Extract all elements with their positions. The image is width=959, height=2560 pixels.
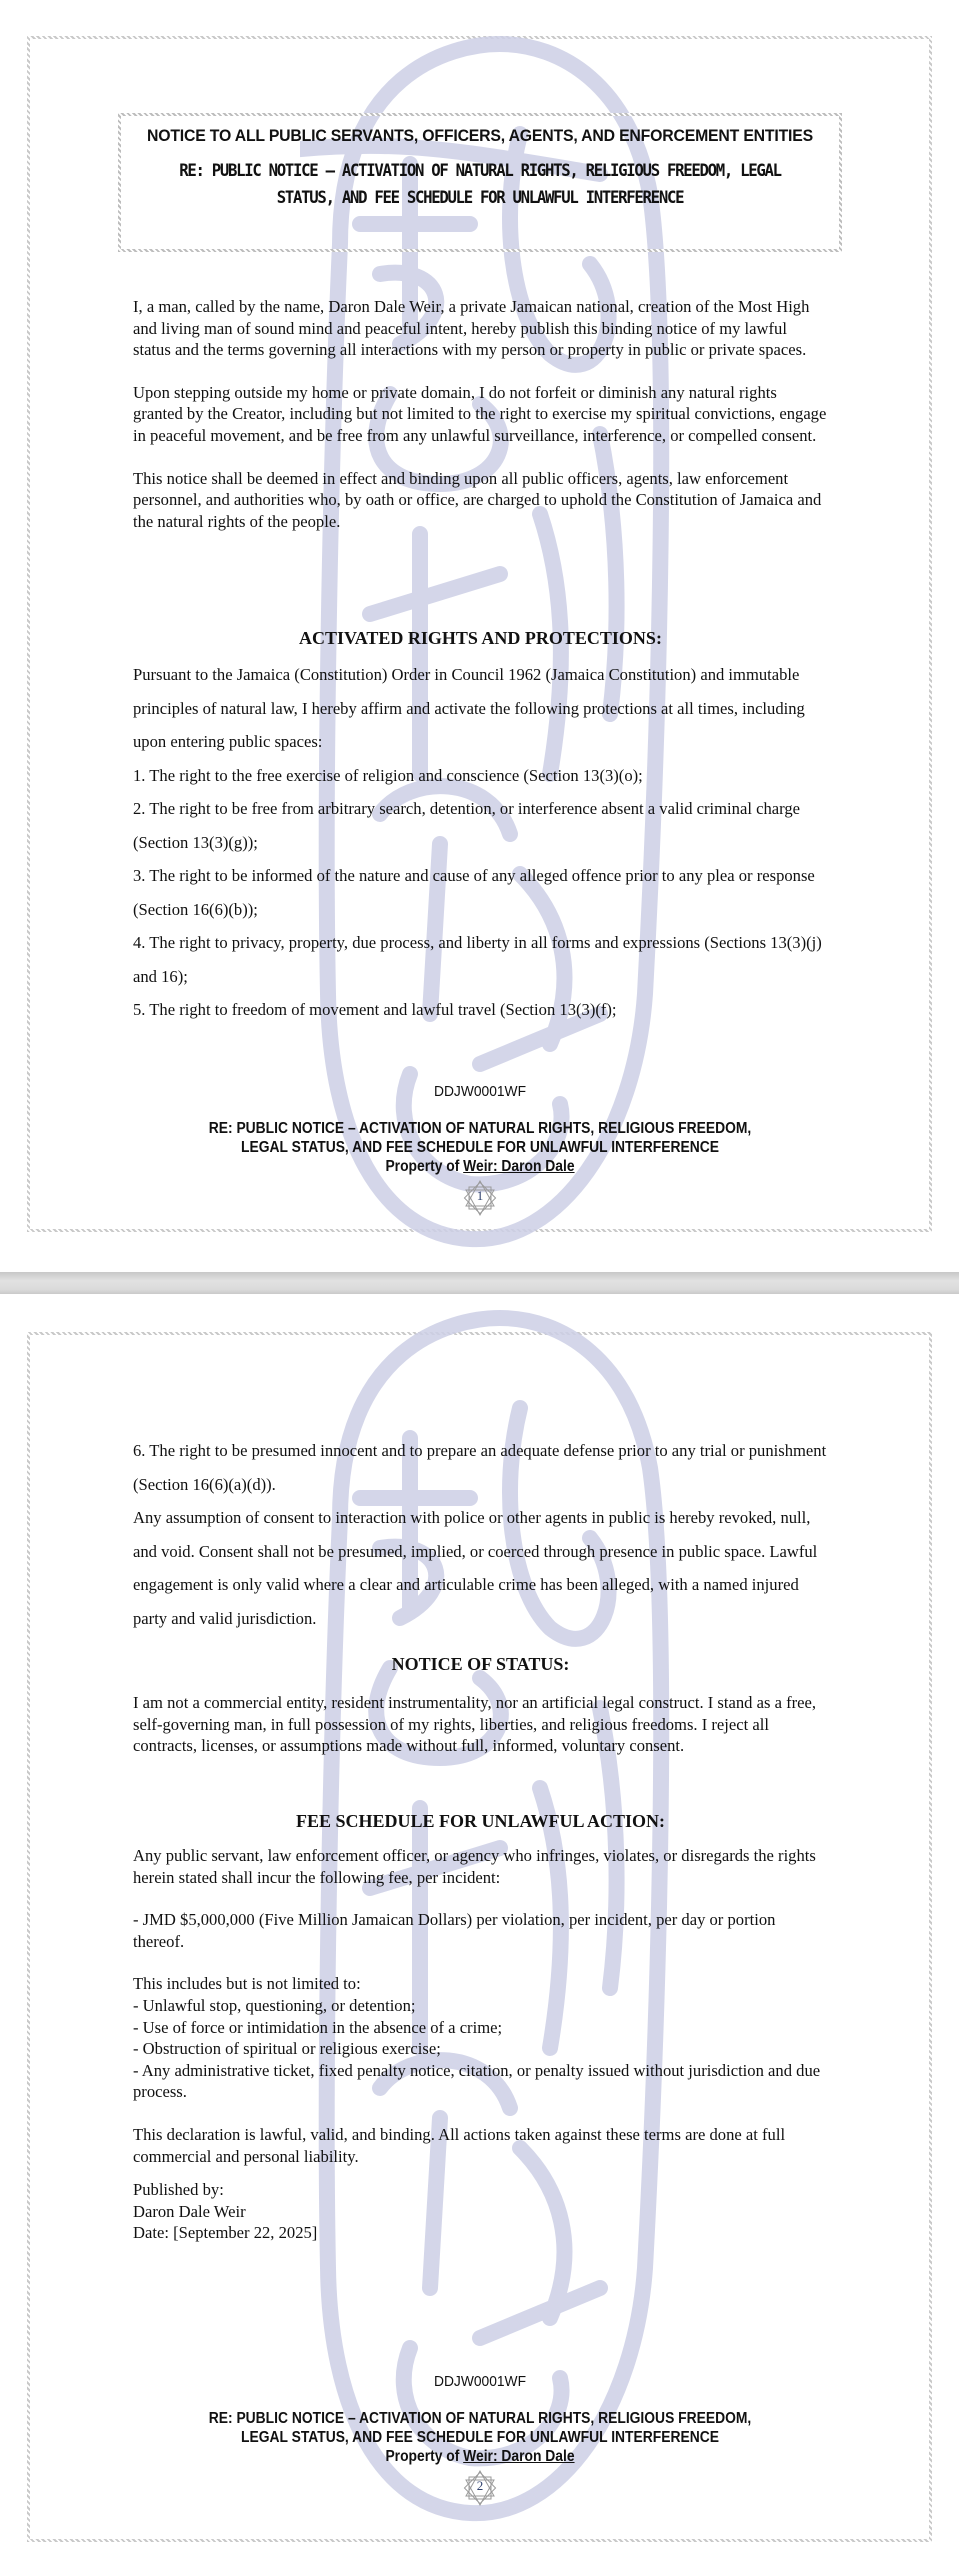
includes-item-4: - Any administrative ticket, fixed penal… (133, 2060, 828, 2103)
intro-paragraph-1: I, a man, called by the name, Daron Dale… (133, 296, 828, 361)
includes-intro: This includes but is not limited to: (133, 1973, 828, 1995)
footer-title-line-2: LEGAL STATUS, AND FEE SCHEDULE FOR UNLAW… (138, 2428, 822, 2447)
notice-of-status-heading: NOTICE OF STATUS: (133, 1652, 828, 1676)
right-item-2: 2. The right to be free from arbitrary s… (133, 792, 828, 859)
activated-rights-heading: ACTIVATED RIGHTS AND PROTECTIONS: (133, 626, 828, 650)
notice-title: NOTICE TO ALL PUBLIC SERVANTS, OFFICERS,… (146, 122, 814, 149)
consent-revocation-paragraph: Any assumption of consent to interaction… (133, 1501, 828, 1635)
right-item-6: 6. The right to be presumed innocent and… (133, 1434, 828, 1501)
footer-title-line-1: RE: PUBLIC NOTICE – ACTIVATION OF NATURA… (138, 2409, 822, 2428)
fee-amount: - JMD $5,000,000 (Five Million Jamaican … (133, 1909, 828, 1952)
includes-item-1: - Unlawful stop, questioning, or detenti… (133, 1995, 828, 2017)
right-item-4: 4. The right to privacy, property, due p… (133, 926, 828, 993)
includes-item-2: - Use of force or intimidation in the ab… (133, 2017, 828, 2039)
document-page-2: 6. The right to be presumed innocent and… (0, 1294, 959, 2560)
document-page-1: NOTICE TO ALL PUBLIC SERVANTS, OFFICERS,… (0, 0, 959, 1272)
right-item-3: 3. The right to be informed of the natur… (133, 859, 828, 926)
document-code: DDJW0001WF (130, 2372, 829, 2392)
rights-continued-section: 6. The right to be presumed innocent and… (133, 1434, 828, 1635)
status-paragraph: I am not a commercial entity, resident i… (133, 1692, 828, 1757)
activated-rights-section: ACTIVATED RIGHTS AND PROTECTIONS: Pursua… (133, 626, 828, 1027)
notice-title-box: NOTICE TO ALL PUBLIC SERVANTS, OFFICERS,… (118, 113, 842, 252)
intro-paragraph-3: This notice shall be deemed in effect an… (133, 468, 828, 533)
intro-paragraph-2: Upon stepping outside my home or private… (133, 382, 828, 447)
page-number: 2 (462, 2478, 498, 2494)
page-separator (0, 1272, 959, 1294)
property-prefix: Property of (385, 1158, 463, 1175)
fee-intro: Any public servant, law enforcement offi… (133, 1845, 828, 1888)
property-prefix: Property of (385, 2448, 463, 2465)
footer-property: Property of Weir: Daron Dale (138, 1157, 822, 1176)
document-code: DDJW0001WF (130, 1082, 829, 1102)
right-item-5: 5. The right to freedom of movement and … (133, 993, 828, 1027)
page-number-badge: 1 (462, 1180, 498, 1216)
rights-intro: Pursuant to the Jamaica (Constitution) O… (133, 658, 828, 759)
publication-date: Date: [September 22, 2025] (133, 2222, 828, 2244)
page-number: 1 (462, 1188, 498, 1204)
page-footer: DDJW0001WF RE: PUBLIC NOTICE – ACTIVATIO… (100, 2372, 860, 2506)
declaration-paragraph: This declaration is lawful, valid, and b… (133, 2124, 828, 2167)
footer-title-line-1: RE: PUBLIC NOTICE – ACTIVATION OF NATURA… (138, 1119, 822, 1138)
page-number-badge: 2 (462, 2470, 498, 2506)
fee-schedule-section: FEE SCHEDULE FOR UNLAWFUL ACTION: Any pu… (133, 1809, 828, 2244)
footer-title-line-2: LEGAL STATUS, AND FEE SCHEDULE FOR UNLAW… (138, 1138, 822, 1157)
property-owner: Weir: Daron Dale (463, 1158, 574, 1175)
fee-schedule-heading: FEE SCHEDULE FOR UNLAWFUL ACTION: (133, 1809, 828, 1833)
notice-re-line: RE: PUBLIC NOTICE – ACTIVATION OF NATURA… (150, 158, 811, 212)
intro-section: I, a man, called by the name, Daron Dale… (133, 296, 828, 532)
property-owner: Weir: Daron Dale (463, 2448, 574, 2465)
includes-item-3: - Obstruction of spiritual or religious … (133, 2038, 828, 2060)
published-by-label: Published by: (133, 2179, 828, 2201)
status-section: NOTICE OF STATUS: I am not a commercial … (133, 1652, 828, 1757)
page-footer: DDJW0001WF RE: PUBLIC NOTICE – ACTIVATIO… (100, 1082, 860, 1216)
footer-property: Property of Weir: Daron Dale (138, 2447, 822, 2466)
published-by-name: Daron Dale Weir (133, 2201, 828, 2223)
right-item-1: 1. The right to the free exercise of rel… (133, 759, 828, 793)
